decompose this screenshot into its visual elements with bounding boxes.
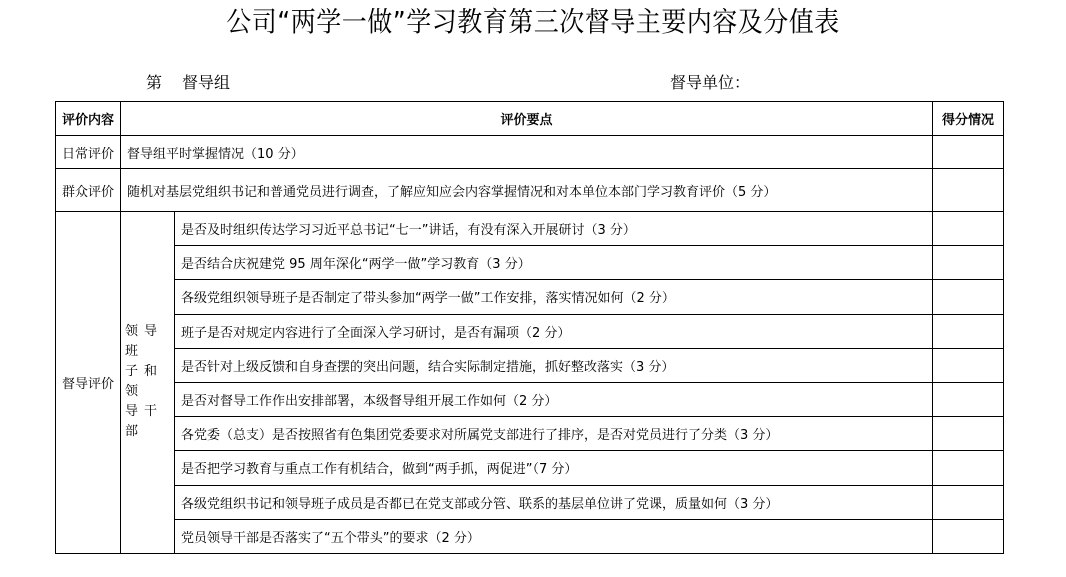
group-label-suffix: 督导组 <box>182 73 230 92</box>
point-item: 各党委（总支）是否按照省有色集团党委要求对所属党支部进行了排序，是否对党员进行了… <box>175 417 933 451</box>
table-row: 是否针对上级反馈和自身查摆的突出问题，结合实际制定措施，抓好整改落实（3 分） <box>56 348 1004 382</box>
document-title: 公司“两学一做”学习教育第三次督导主要内容及分值表 <box>0 0 1066 40</box>
score-cell[interactable] <box>933 519 1004 553</box>
score-cell[interactable] <box>933 280 1004 314</box>
table-row: 是否把学习教育与重点工作有机结合，做到“两手抓，两促进”（7 分） <box>56 451 1004 485</box>
subcategory-line: 导干部 <box>125 402 170 442</box>
table-row: 各级党组织领导班子是否制定了带头参加“两学一做”工作安排，落实情况如何（2 分） <box>56 280 1004 314</box>
point-item: 班子是否对规定内容进行了全面深入学习研讨，是否有漏项（2 分） <box>175 314 933 348</box>
score-cell-mass[interactable] <box>933 169 1004 212</box>
score-cell-daily[interactable] <box>933 136 1004 169</box>
score-cell[interactable] <box>933 382 1004 416</box>
table-row: 是否对督导工作作出安排部署，本级督导组开展工作如何（2 分） <box>56 382 1004 416</box>
table-row: 党员领导干部是否落实了“五个带头”的要求（2 分） <box>56 519 1004 553</box>
score-cell[interactable] <box>933 212 1004 246</box>
score-cell[interactable] <box>933 348 1004 382</box>
supervision-group-label: 第督导组 <box>146 70 230 93</box>
score-cell[interactable] <box>933 451 1004 485</box>
evaluation-table: 评价内容 评价要点 得分情况 日常评价 督导组平时掌握情况（10 分） 群众评价… <box>55 101 1004 554</box>
group-label-prefix: 第 <box>146 73 162 92</box>
table-row: 班子是否对规定内容进行了全面深入学习研讨，是否有漏项（2 分） <box>56 314 1004 348</box>
table-row: 各党委（总支）是否按照省有色集团党委要求对所属党支部进行了排序，是否对党员进行了… <box>56 417 1004 451</box>
subcategory-line: 子和领 <box>125 362 170 402</box>
table-row-daily: 日常评价 督导组平时掌握情况（10 分） <box>56 136 1004 169</box>
table-row: 各级党组织书记和领导班子成员是否都已在党支部或分管、联系的基层单位讲了党课，质量… <box>56 485 1004 519</box>
point-item: 党员领导干部是否落实了“五个带头”的要求（2 分） <box>175 519 933 553</box>
score-cell[interactable] <box>933 417 1004 451</box>
point-item: 是否对督导工作作出安排部署，本级督导组开展工作如何（2 分） <box>175 382 933 416</box>
category-mass: 群众评价 <box>56 169 121 212</box>
point-item: 是否针对上级反馈和自身查摆的突出问题，结合实际制定措施，抓好整改落实（3 分） <box>175 348 933 382</box>
header-points: 评价要点 <box>121 102 933 136</box>
category-supervision: 督导评价 <box>56 212 121 554</box>
table-row-mass: 群众评价 随机对基层党组织书记和普通党员进行调查，了解应知应会内容掌握情况和对本… <box>56 169 1004 212</box>
subcategory-leaders: 领导班 子和领 导干部 <box>121 212 175 554</box>
header-score: 得分情况 <box>933 102 1004 136</box>
point-mass: 随机对基层党组织书记和普通党员进行调查，了解应知应会内容掌握情况和对本单位本部门… <box>121 169 933 212</box>
subcategory-line: 领导班 <box>125 322 170 362</box>
point-item: 是否结合庆祝建党 95 周年深化“两学一做”学习教育（3 分） <box>175 246 933 280</box>
point-item: 是否把学习教育与重点工作有机结合，做到“两手抓，两促进”（7 分） <box>175 451 933 485</box>
score-cell[interactable] <box>933 246 1004 280</box>
score-cell[interactable] <box>933 485 1004 519</box>
supervised-unit-label: 督导单位： <box>670 70 750 93</box>
point-item: 是否及时组织传达学习习近平总书记“七一”讲话，有没有深入开展研讨（3 分） <box>175 212 933 246</box>
header-content: 评价内容 <box>56 102 121 136</box>
point-item: 各级党组织领导班子是否制定了带头参加“两学一做”工作安排，落实情况如何（2 分） <box>175 280 933 314</box>
table-header-row: 评价内容 评价要点 得分情况 <box>56 102 1004 136</box>
point-item: 各级党组织书记和领导班子成员是否都已在党支部或分管、联系的基层单位讲了党课，质量… <box>175 485 933 519</box>
table-row: 是否结合庆祝建党 95 周年深化“两学一做”学习教育（3 分） <box>56 246 1004 280</box>
category-daily: 日常评价 <box>56 136 121 169</box>
point-daily: 督导组平时掌握情况（10 分） <box>121 136 933 169</box>
table-row: 督导评价 领导班 子和领 导干部 是否及时组织传达学习习近平总书记“七一”讲话，… <box>56 212 1004 246</box>
score-cell[interactable] <box>933 314 1004 348</box>
